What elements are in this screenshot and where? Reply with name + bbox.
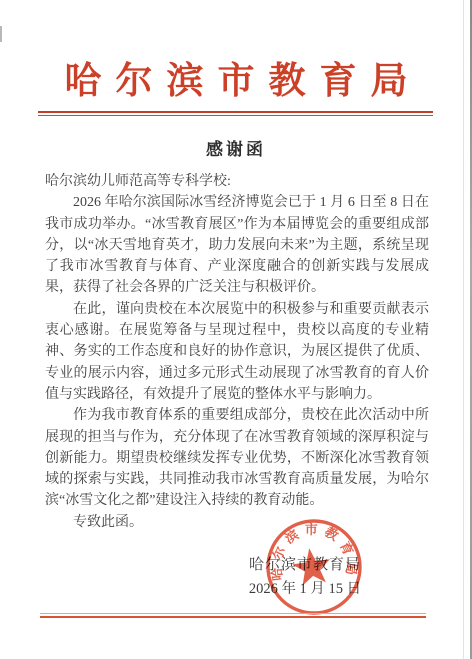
- letterhead-divider-rule: [38, 111, 433, 116]
- salutation: 哈尔滨幼儿师范高等专科学校:: [45, 171, 429, 192]
- body-paragraph-1: 2026 年哈尔滨国际冰雪经济博览会已于 1 月 6 日至 8 日在我市成功举办…: [45, 192, 429, 298]
- body-paragraph-2: 在此，谨向贵校在本次展览中的积极参与和重要贡献表示衷心感谢。在展览筹备与呈现过程…: [45, 299, 429, 405]
- signature-agency-name: 哈尔滨市教育局: [228, 553, 382, 577]
- signature-block: 哈尔滨市教育局 2026 年 1 月 15 日: [228, 553, 382, 601]
- letter-title: 感谢函: [0, 135, 472, 160]
- signature-date: 2026 年 1 月 15 日: [228, 577, 382, 601]
- page-bottom-rule: [40, 613, 426, 618]
- letterhead-agency-name: 哈尔滨市教育局: [0, 50, 472, 104]
- closing-line: 专致此函。: [45, 512, 429, 533]
- scan-artifact-left: [0, 26, 2, 42]
- letter-body: 哈尔滨幼儿师范高等专科学校: 2026 年哈尔滨国际冰雪经济博览会已于 1 月 …: [45, 171, 429, 533]
- body-paragraph-3: 作为我市教育体系的重要组成部分，贵校在此次活动中所展现的担当与作为，充分体现了在…: [45, 405, 429, 511]
- scanned-letter-page: 哈尔滨市教育局 感谢函 哈尔滨幼儿师范高等专科学校: 2026 年哈尔滨国际冰雪…: [0, 0, 472, 659]
